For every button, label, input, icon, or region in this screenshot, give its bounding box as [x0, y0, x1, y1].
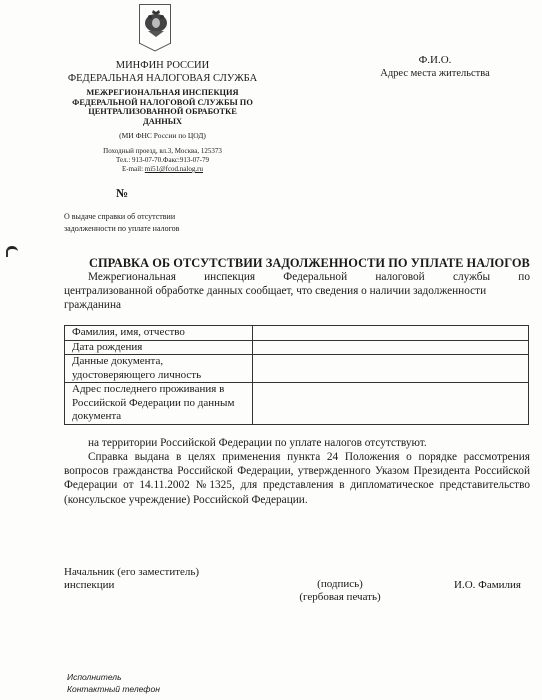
row-value[interactable] — [253, 355, 529, 383]
intro-paragraph: Межрегиональная инспекция Федеральной на… — [64, 270, 530, 313]
signatory-position: Начальник (его заместитель) инспекции — [64, 566, 199, 592]
table-row: Фамилия, имя, отчество — [65, 326, 529, 341]
emblem-frame-point — [139, 43, 171, 53]
contact-block: Походный проезд, вл.3, Москва, 125373 Те… — [50, 147, 275, 174]
signature-label: (подпись) — [280, 578, 400, 591]
address: Походный проезд, вл.3, Москва, 125373 — [50, 147, 275, 156]
phones: Тел.: 913-07-70.Факс:913-07-79 — [50, 156, 275, 165]
table-row: Дата рождения — [65, 340, 529, 355]
purpose-paragraph: Справка выдана в целях применения пункта… — [64, 450, 530, 507]
russian-coat-of-arms-icon — [143, 9, 169, 39]
service-name: ФЕДЕРАЛЬНАЯ НАЛОГОВАЯ СЛУЖБА — [50, 73, 275, 85]
hole-punch-mark — [6, 246, 18, 257]
recipient-name: Ф.И.О. — [360, 54, 510, 66]
row-value[interactable] — [253, 326, 529, 341]
row-label: Адрес последнего проживания в Российской… — [65, 383, 253, 425]
row-label: Фамилия, имя, отчество — [65, 326, 253, 341]
citizen-data-table: Фамилия, имя, отчество Дата рождения Дан… — [64, 325, 529, 425]
conclusion: на территории Российской Федерации по уп… — [88, 436, 542, 450]
inspection-abbreviation: (МИ ФНС России по ЦОД) — [50, 131, 275, 140]
ministry-name: МИНФИН РОССИИ — [50, 60, 275, 72]
table-row: Данные документа, удостоверяющего личнос… — [65, 355, 529, 383]
executor-block: Исполнитель Контактный телефон — [67, 671, 160, 695]
email-link[interactable]: mi51@fcod.nalog.ru — [145, 165, 203, 173]
row-value[interactable] — [253, 340, 529, 355]
row-value[interactable] — [253, 383, 529, 425]
document-title: СПРАВКА ОБ ОТСУТСТВИИ ЗАДОЛЖЕННОСТИ ПО У… — [89, 256, 530, 271]
emblem-frame — [139, 4, 171, 44]
signatory-name: И.О. Фамилия — [454, 579, 521, 592]
row-label: Дата рождения — [65, 340, 253, 355]
recipient-address: Адрес места жительства — [360, 68, 510, 79]
document-number: № — [116, 186, 128, 201]
row-label: Данные документа, удостоверяющего личнос… — [65, 355, 253, 383]
signature-stamp-block: (подпись) (гербовая печать) — [280, 578, 400, 604]
inspection-name: МЕЖРЕГИОНАЛЬНАЯ ИНСПЕКЦИЯ ФЕДЕРАЛЬНОЙ НА… — [50, 88, 275, 126]
stamp-label: (гербовая печать) — [280, 591, 400, 604]
email-line: E-mail: mi51@fcod.nalog.ru — [50, 165, 275, 174]
table-row: Адрес последнего проживания в Российской… — [65, 383, 529, 425]
subject: О выдаче справки об отсутствии задолженн… — [64, 211, 179, 235]
